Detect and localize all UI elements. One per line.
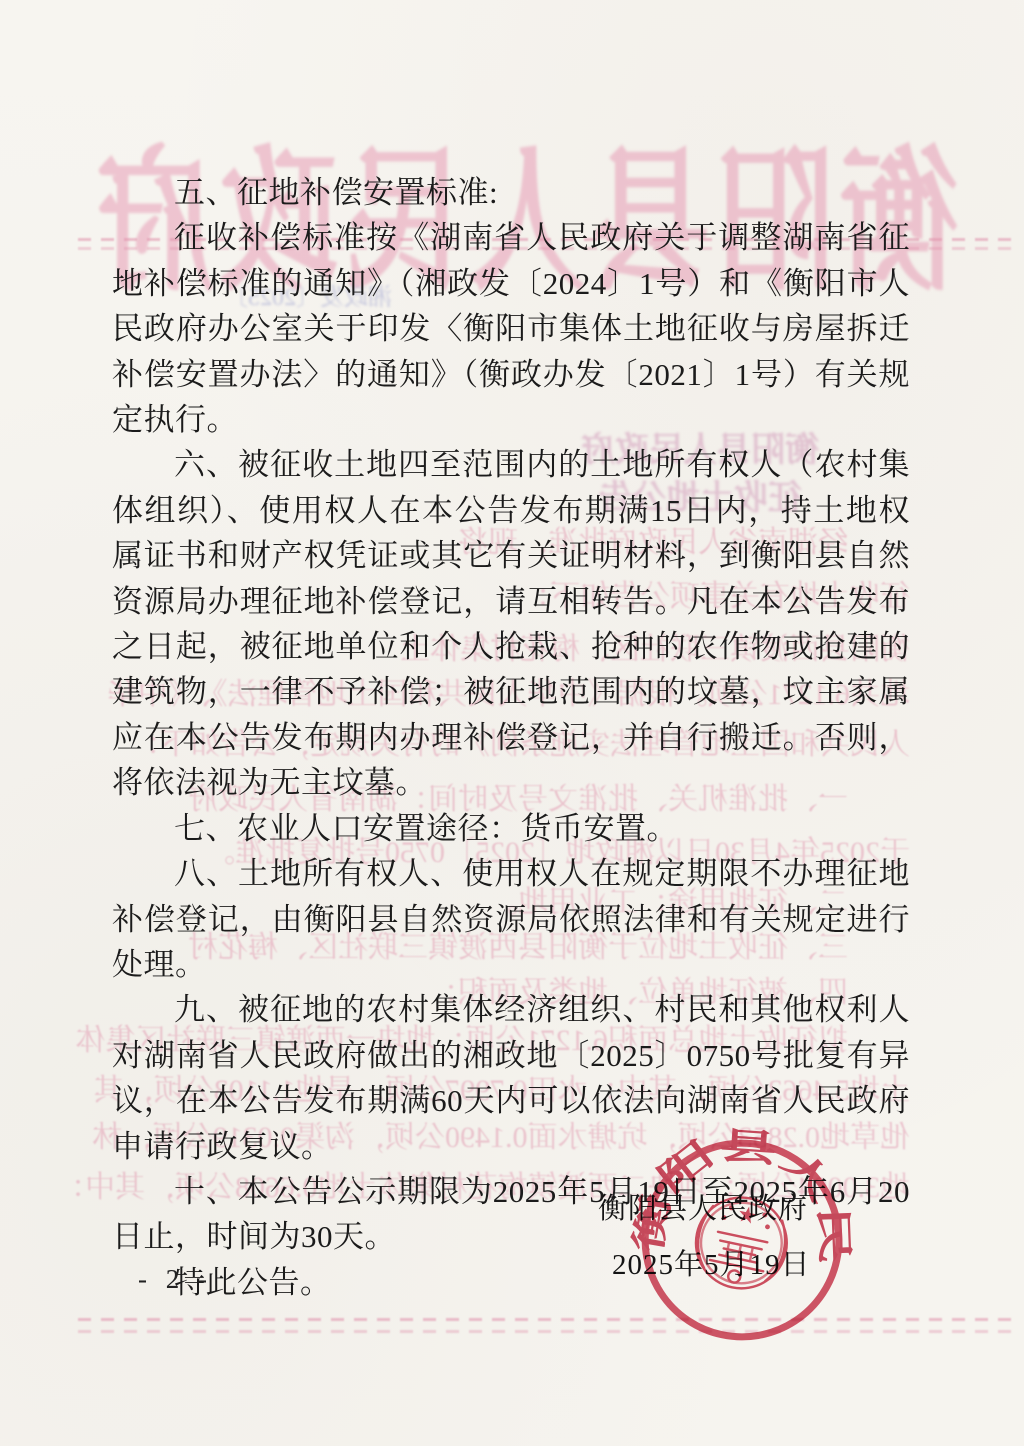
bleed-rule-bottom-2 [78, 1330, 1016, 1333]
para-section-7: 七、农业人口安置途径：货币安置。 [112, 806, 910, 851]
para-section-6: 六、被征收土地四至范围内的土地所有权人（农村集体组织）、使用权人在本公告发布期满… [112, 442, 910, 805]
para-section-5-heading: 五、征地补偿安置标准: [112, 170, 910, 215]
page-number: - 2 - [138, 1264, 213, 1295]
para-section-5-body: 征收补偿标准按《湖南省人民政府关于调整湖南省征地补偿标准的通知》（湘政发〔202… [112, 215, 910, 442]
national-emblem-icon [688, 1189, 796, 1297]
para-section-8: 八、土地所有权人、使用权人在规定期限不办理征地补偿登记，由衡阳县自然资源局依照法… [112, 851, 910, 987]
government-seal: 衡阳县人民政府 [604, 1102, 879, 1377]
scanned-announcement-page: 衡阳县人民政府 衡阳县人民政府 征收土地公告 湘政发〔2025〕 经湖南省人民政… [0, 0, 1024, 1446]
bleed-rule-bottom [78, 1318, 1016, 1321]
